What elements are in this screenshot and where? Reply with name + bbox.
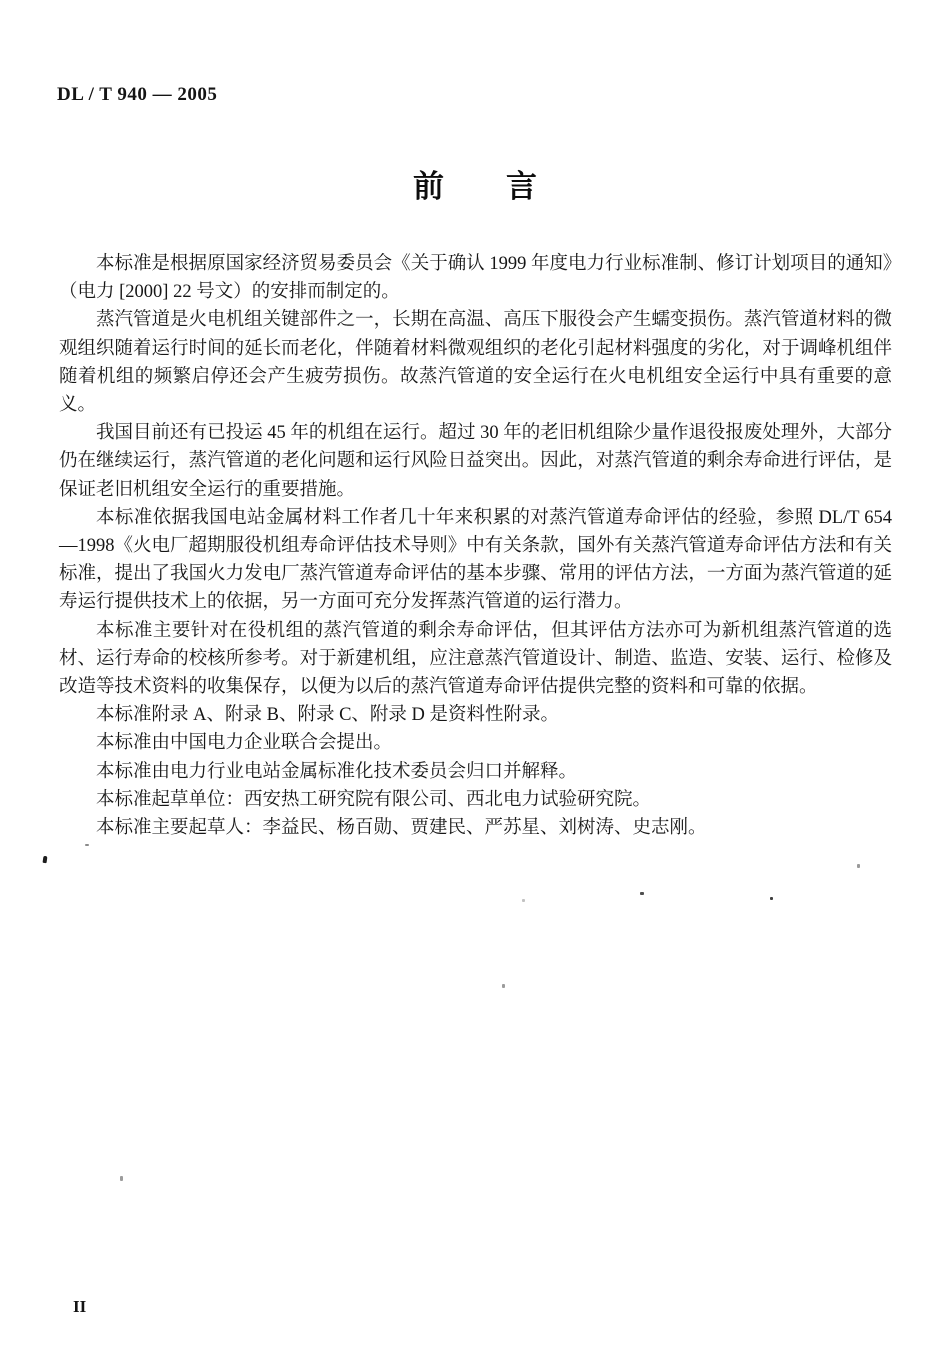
scan-speck xyxy=(640,892,644,895)
scan-speck xyxy=(522,899,525,902)
document-page: DL / T 940 — 2005 前 言 本标准是根据原国家经济贸易委员会《关… xyxy=(0,0,950,1353)
scan-speck xyxy=(770,897,773,900)
paragraph-10: 本标准主要起草人：李益民、杨百勋、贾建民、严苏星、刘树涛、史志刚。 xyxy=(59,814,892,842)
paragraph-4: 本标准依据我国电站金属材料工作者几十年来积累的对蒸汽管道寿命评估的经验，参照 D… xyxy=(59,504,892,617)
paragraph-3: 我国目前还有已投运 45 年的机组在运行。超过 30 年的老旧机组除少量作退役报… xyxy=(59,419,892,504)
scan-speck xyxy=(502,984,505,988)
page-number: II xyxy=(73,1297,86,1317)
paragraph-8: 本标准由电力行业电站金属标准化技术委员会归口并解释。 xyxy=(59,758,892,786)
paragraph-1: 本标准是根据原国家经济贸易委员会《关于确认 1999 年度电力行业标准制、修订计… xyxy=(59,250,892,306)
standard-number: DL / T 940 — 2005 xyxy=(57,84,217,106)
paragraph-9: 本标准起草单位：西安热工研究院有限公司、西北电力试验研究院。 xyxy=(59,786,892,814)
foreword-body: 本标准是根据原国家经济贸易委员会《关于确认 1999 年度电力行业标准制、修订计… xyxy=(59,250,892,842)
scan-speck xyxy=(85,844,89,846)
paragraph-2: 蒸汽管道是火电机组关键部件之一，长期在高温、高压下服役会产生蠕变损伤。蒸汽管道材… xyxy=(59,306,892,419)
paragraph-5: 本标准主要针对在役机组的蒸汽管道的剩余寿命评估，但其评估方法亦可为新机组蒸汽管道… xyxy=(59,617,892,702)
paragraph-7: 本标准由中国电力企业联合会提出。 xyxy=(59,729,892,757)
scan-speck xyxy=(43,856,48,863)
scan-speck xyxy=(857,864,860,868)
page-title: 前 言 xyxy=(0,161,950,206)
scan-speck xyxy=(120,1176,123,1181)
paragraph-6: 本标准附录 A、附录 B、附录 C、附录 D 是资料性附录。 xyxy=(59,701,892,729)
